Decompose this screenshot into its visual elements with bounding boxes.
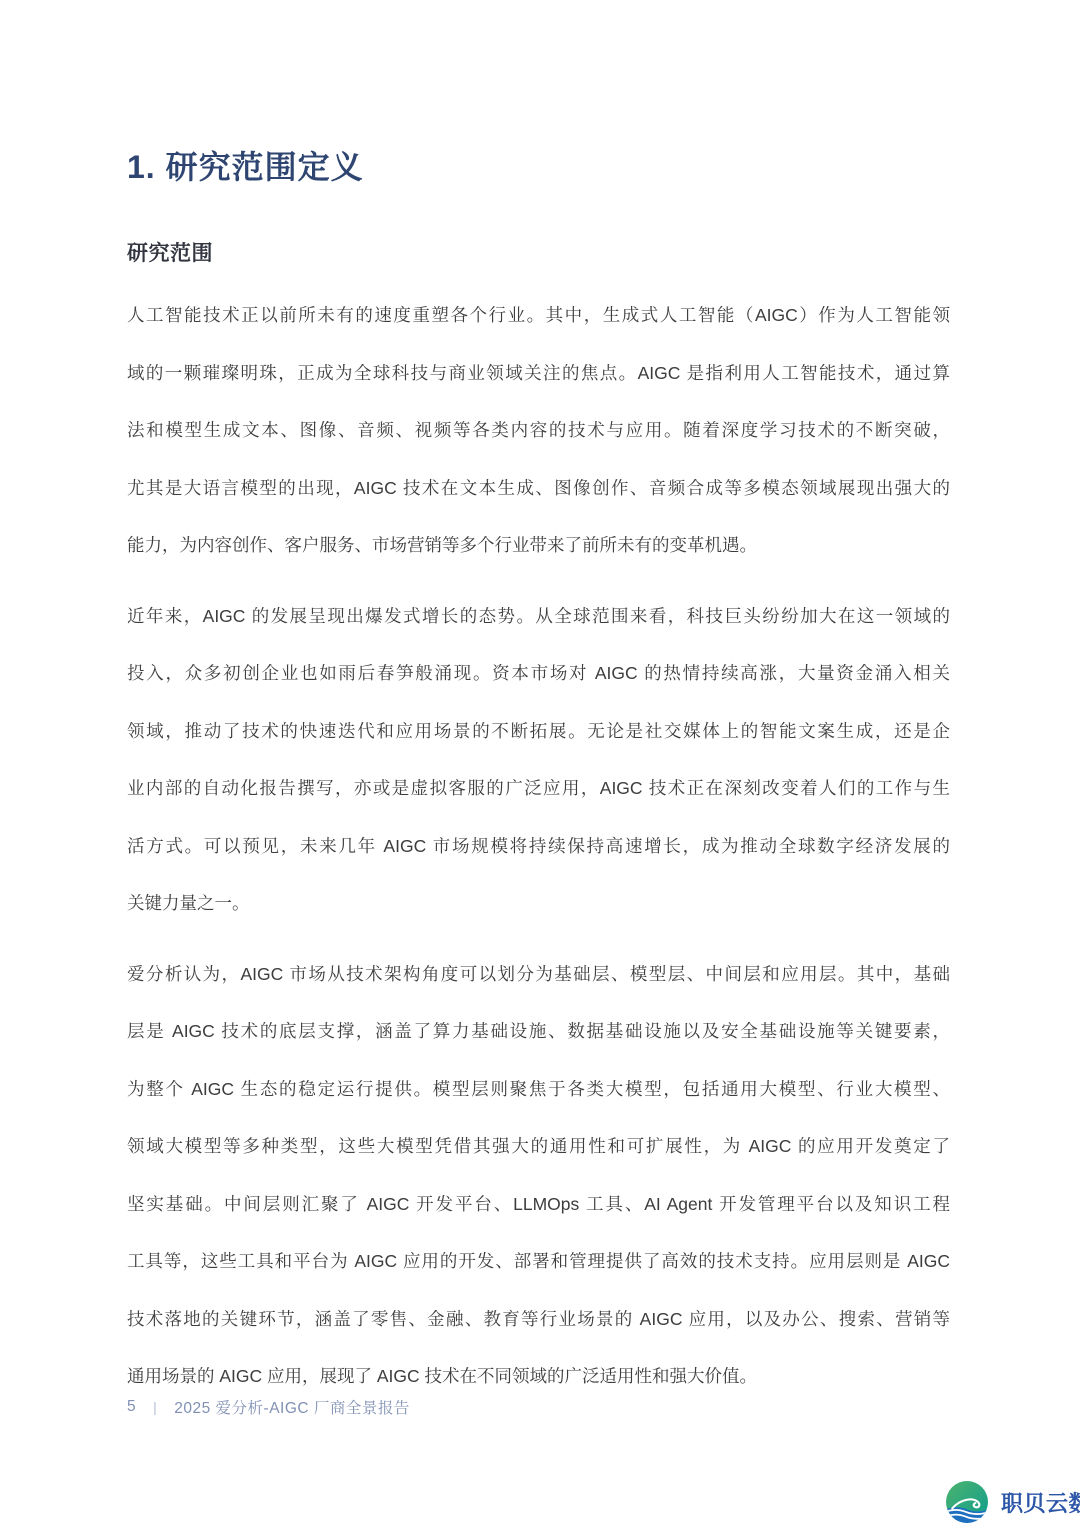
brand-logo: 职贝云数: [946, 1481, 1080, 1523]
section-heading: 1. 研究范围定义: [127, 142, 364, 188]
zhibei-globe-wave-icon: [946, 1481, 988, 1523]
text-line: 域的一颗璀璨明珠，正成为全球科技与商业领域关注的焦点。AIGC 是指利用人工智能…: [127, 345, 950, 403]
text-line: 人工智能技术正以前所未有的速度重塑各个行业。其中，生成式人工智能（AIGC）作为…: [127, 287, 950, 345]
text-line: 爱分析认为，AIGC 市场从技术架构角度可以划分为基础层、模型层、中间层和应用层…: [127, 946, 950, 1004]
footer-separator: |: [153, 1399, 157, 1415]
text-line: 技术落地的关键环节，涵盖了零售、金融、教育等行业场景的 AIGC 应用，以及办公…: [127, 1291, 950, 1349]
text-line: 近年来，AIGC 的发展呈现出爆发式增长的态势。从全球范围来看，科技巨头纷纷加大…: [127, 588, 950, 646]
text-line: 关键力量之一。: [127, 875, 950, 933]
report-page: 1. 研究范围定义 研究范围 人工智能技术正以前所未有的速度重塑各个行业。其中，…: [0, 0, 1080, 1527]
footer-report-title: 2025 爱分析-AIGC 厂商全景报告: [174, 1396, 410, 1418]
paragraph-2: 近年来，AIGC 的发展呈现出爆发式增长的态势。从全球范围来看，科技巨头纷纷加大…: [127, 588, 950, 933]
text-line: 投入，众多初创企业也如雨后春笋般涌现。资本市场对 AIGC 的热情持续高涨，大量…: [127, 645, 950, 703]
text-line: 业内部的自动化报告撰写，亦或是虚拟客服的广泛应用，AIGC 技术正在深刻改变着人…: [127, 760, 950, 818]
body-text: 人工智能技术正以前所未有的速度重塑各个行业。其中，生成式人工智能（AIGC）作为…: [127, 287, 950, 1419]
paragraph-1: 人工智能技术正以前所未有的速度重塑各个行业。其中，生成式人工智能（AIGC）作为…: [127, 287, 950, 575]
paragraph-3: 爱分析认为，AIGC 市场从技术架构角度可以划分为基础层、模型层、中间层和应用层…: [127, 946, 950, 1406]
page-number: 5: [127, 1398, 136, 1416]
text-line: 工具等，这些工具和平台为 AIGC 应用的开发、部署和管理提供了高效的技术支持。…: [127, 1233, 950, 1291]
text-line: 尤其是大语言模型的出现，AIGC 技术在文本生成、图像创作、音频合成等多模态领域…: [127, 460, 950, 518]
text-line: 领域大模型等多种类型，这些大模型凭借其强大的通用性和可扩展性，为 AIGC 的应…: [127, 1118, 950, 1176]
text-line: 领域，推动了技术的快速迭代和应用场景的不断拓展。无论是社交媒体上的智能文案生成，…: [127, 703, 950, 761]
subsection-heading: 研究范围: [127, 237, 213, 267]
page-footer: 5 | 2025 爱分析-AIGC 厂商全景报告: [127, 1396, 410, 1418]
text-line: 坚实基础。中间层则汇聚了 AIGC 开发平台、LLMOps 工具、AI Agen…: [127, 1176, 950, 1234]
text-line: 活方式。可以预见，未来几年 AIGC 市场规模将持续保持高速增长，成为推动全球数…: [127, 818, 950, 876]
text-line: 为整个 AIGC 生态的稳定运行提供。模型层则聚焦于各类大模型，包括通用大模型、…: [127, 1061, 950, 1119]
text-line: 法和模型生成文本、图像、音频、视频等各类内容的技术与应用。随着深度学习技术的不断…: [127, 402, 950, 460]
brand-logo-text: 职贝云数: [1001, 1487, 1080, 1518]
text-line: 层是 AIGC 技术的底层支撑，涵盖了算力基础设施、数据基础设施以及安全基础设施…: [127, 1003, 950, 1061]
text-line: 能力，为内容创作、客户服务、市场营销等多个行业带来了前所未有的变革机遇。: [127, 517, 950, 575]
